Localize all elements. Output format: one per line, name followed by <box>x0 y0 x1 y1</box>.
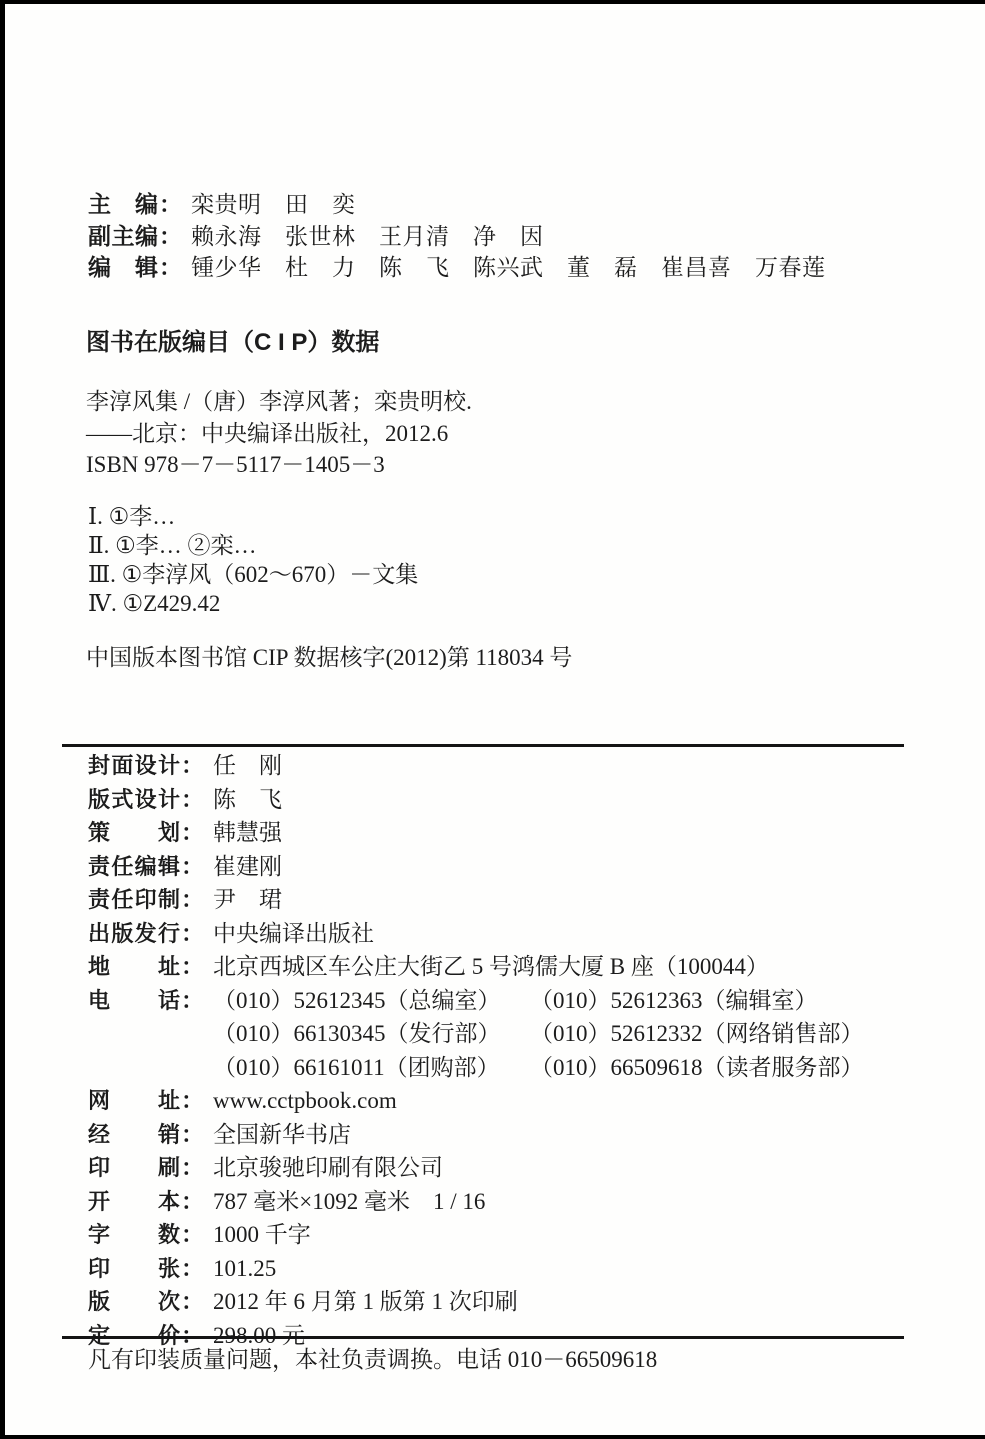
field-label: 字数 <box>88 1219 180 1252</box>
publication-row-cover-design: 封面设计： 任 刚 <box>88 749 928 783</box>
publication-row-publisher: 出版发行： 中央编译出版社 <box>88 917 928 951</box>
publication-row-edition: 版次： 2012 年 6 月第 1 版第 1 次印刷 <box>88 1285 928 1319</box>
label-colon: ： <box>181 883 204 916</box>
editor-role-label: 主编 <box>88 189 158 221</box>
editor-names: 锺少华 杜 力 陈 飞 陈兴武 董 磊 崔昌喜 万春莲 <box>191 252 826 284</box>
editors-block: 主编： 栾贵明 田 奕 副主编： 赖永海 张世林 王月清 净 因 编辑： 锺少华… <box>88 189 826 284</box>
label-colon: ： <box>181 1151 204 1184</box>
book-copyright-page: 主编： 栾贵明 田 奕 副主编： 赖永海 张世林 王月清 净 因 编辑： 锺少华… <box>0 0 985 1439</box>
label-colon: ： <box>181 783 204 816</box>
label-colon: ： <box>181 1218 204 1251</box>
field-value: 尹 珺 <box>213 884 282 917</box>
label-colon: ： <box>181 1252 204 1285</box>
publication-row-phone-cont: ： （010）66130345（发行部） （010）52612332（网络销售部… <box>88 1017 928 1051</box>
label-colon: ： <box>159 189 182 221</box>
cip-isbn-line: ISBN 978－7－5117－1405－3 <box>86 449 472 481</box>
field-label: 印刷 <box>88 1152 180 1185</box>
label-colon: ： <box>181 950 204 983</box>
cip-description-block: 李淳风集 /（唐）李淳风著；栾贵明校. ——北京：中央编译出版社，2012.6 … <box>86 386 472 481</box>
field-label: 责任印制 <box>88 884 180 917</box>
publication-row-format: 开本： 787 毫米×1092 毫米 1 / 16 <box>88 1185 928 1219</box>
editor-names: 赖永海 张世林 王月清 净 因 <box>191 221 544 253</box>
publication-row-planner: 策划： 韩慧强 <box>88 816 928 850</box>
publication-row-phone-cont: ： （010）66161011（团购部） （010）66509618（读者服务部… <box>88 1051 928 1085</box>
field-label: 开本 <box>88 1186 180 1219</box>
phone-entry: （010）52612332（网络销售部） <box>530 1018 864 1051</box>
field-value: 任 刚 <box>213 750 282 783</box>
field-value: 全国新华书店 <box>213 1119 351 1152</box>
publication-row-sheets: 印张： 101.25 <box>88 1252 928 1286</box>
label-colon: ： <box>181 917 204 950</box>
field-label: 封面设计 <box>88 750 180 783</box>
field-value: 中央编译出版社 <box>213 918 374 951</box>
cip-heading: 图书在版编目（C I P）数据 <box>86 329 379 357</box>
field-value: 韩慧强 <box>213 817 282 850</box>
field-value: 787 毫米×1092 毫米 1 / 16 <box>213 1186 485 1219</box>
field-label: 印张 <box>88 1253 180 1286</box>
label-colon: ： <box>181 749 204 782</box>
field-label: 版次 <box>88 1286 180 1319</box>
publication-row-printer: 印刷： 北京骏驰印刷有限公司 <box>88 1151 928 1185</box>
field-label: 责任编辑 <box>88 851 180 884</box>
label-colon: ： <box>181 1285 204 1318</box>
scan-edge-top <box>0 0 985 4</box>
editor-role-label: 副主编 <box>88 221 158 253</box>
publication-row-website: 网址： www.cctpbook.com <box>88 1084 928 1118</box>
field-label: 网址 <box>88 1085 180 1118</box>
field-label: 出版发行 <box>88 918 180 951</box>
phone-entry: （010）66130345（发行部） <box>213 1018 521 1051</box>
editors-row-deputy: 副主编： 赖永海 张世林 王月清 净 因 <box>88 221 826 253</box>
divider-rule-top <box>62 744 904 747</box>
field-value: 1000 千字 <box>213 1219 311 1252</box>
phone-entry: （010）66509618（读者服务部） <box>530 1052 864 1085</box>
scan-edge-bottom <box>0 1435 985 1439</box>
cip-index-line-1: Ⅰ. ①李… <box>88 502 418 531</box>
publication-row-phone: 电话： （010）52612345（总编室） （010）52612363（编辑室… <box>88 984 928 1018</box>
editor-names: 栾贵明 田 奕 <box>191 189 356 221</box>
label-colon: ： <box>159 252 182 284</box>
label-colon: ： <box>181 850 204 883</box>
field-value: 陈 飞 <box>213 784 282 817</box>
phone-entry: （010）66161011（团购部） <box>213 1052 521 1085</box>
field-label: 版式设计 <box>88 784 180 817</box>
editors-row-chief: 主编： 栾贵明 田 奕 <box>88 189 826 221</box>
field-label: 地址 <box>88 951 180 984</box>
field-value: www.cctpbook.com <box>213 1085 397 1118</box>
publication-info-block: 封面设计： 任 刚 版式设计： 陈 飞 策划： 韩慧强 责任编辑： 崔建刚 责任… <box>88 749 928 1352</box>
cip-registry-line: 中国版本图书馆 CIP 数据核字(2012)第 118034 号 <box>86 644 572 672</box>
field-value: 崔建刚 <box>213 851 282 884</box>
cip-publisher-line: ——北京：中央编译出版社，2012.6 <box>86 418 472 450</box>
publication-row-responsible-editor: 责任编辑： 崔建刚 <box>88 850 928 884</box>
label-colon: ： <box>181 984 204 1017</box>
field-value: 101.25 <box>213 1253 276 1286</box>
publication-row-layout-design: 版式设计： 陈 飞 <box>88 783 928 817</box>
label-colon: ： <box>181 1118 204 1151</box>
cip-index-line-3: Ⅲ. ①李淳风（602～670）－文集 <box>88 560 418 589</box>
field-value: 北京骏驰印刷有限公司 <box>213 1152 443 1185</box>
label-colon: ： <box>181 1084 204 1117</box>
field-label: 电话 <box>88 985 180 1018</box>
publication-row-distributor: 经销： 全国新华书店 <box>88 1118 928 1152</box>
quality-notice: 凡有印装质量问题，本社负责调换。电话 010－66509618 <box>88 1346 657 1374</box>
label-colon: ： <box>181 816 204 849</box>
field-label: 经销 <box>88 1119 180 1152</box>
phone-entry: （010）52612345（总编室） <box>213 985 521 1018</box>
label-colon: ： <box>181 1185 204 1218</box>
publication-row-word-count: 字数： 1000 千字 <box>88 1218 928 1252</box>
publication-row-address: 地址： 北京西城区车公庄大街乙 5 号鸿儒大厦 B 座（100044） <box>88 950 928 984</box>
cip-title-line: 李淳风集 /（唐）李淳风著；栾贵明校. <box>86 386 472 418</box>
phone-entry: （010）52612363（编辑室） <box>530 985 818 1018</box>
cip-index-line-4: Ⅳ. ①Z429.42 <box>88 589 418 618</box>
editors-row-editors: 编辑： 锺少华 杜 力 陈 飞 陈兴武 董 磊 崔昌喜 万春莲 <box>88 252 826 284</box>
field-label: 策划 <box>88 817 180 850</box>
cip-index-block: Ⅰ. ①李… Ⅱ. ①李… ②栾… Ⅲ. ①李淳风（602～670）－文集 Ⅳ.… <box>88 502 418 618</box>
editor-role-label: 编辑 <box>88 252 158 284</box>
scan-edge-left <box>0 0 5 1439</box>
publication-row-print-supervisor: 责任印制： 尹 珺 <box>88 883 928 917</box>
field-value: 2012 年 6 月第 1 版第 1 次印刷 <box>213 1286 518 1319</box>
label-colon: ： <box>159 221 182 253</box>
field-value: 北京西城区车公庄大街乙 5 号鸿儒大厦 B 座（100044） <box>213 951 769 984</box>
divider-rule-bottom <box>62 1336 904 1339</box>
cip-index-line-2: Ⅱ. ①李… ②栾… <box>88 531 418 560</box>
